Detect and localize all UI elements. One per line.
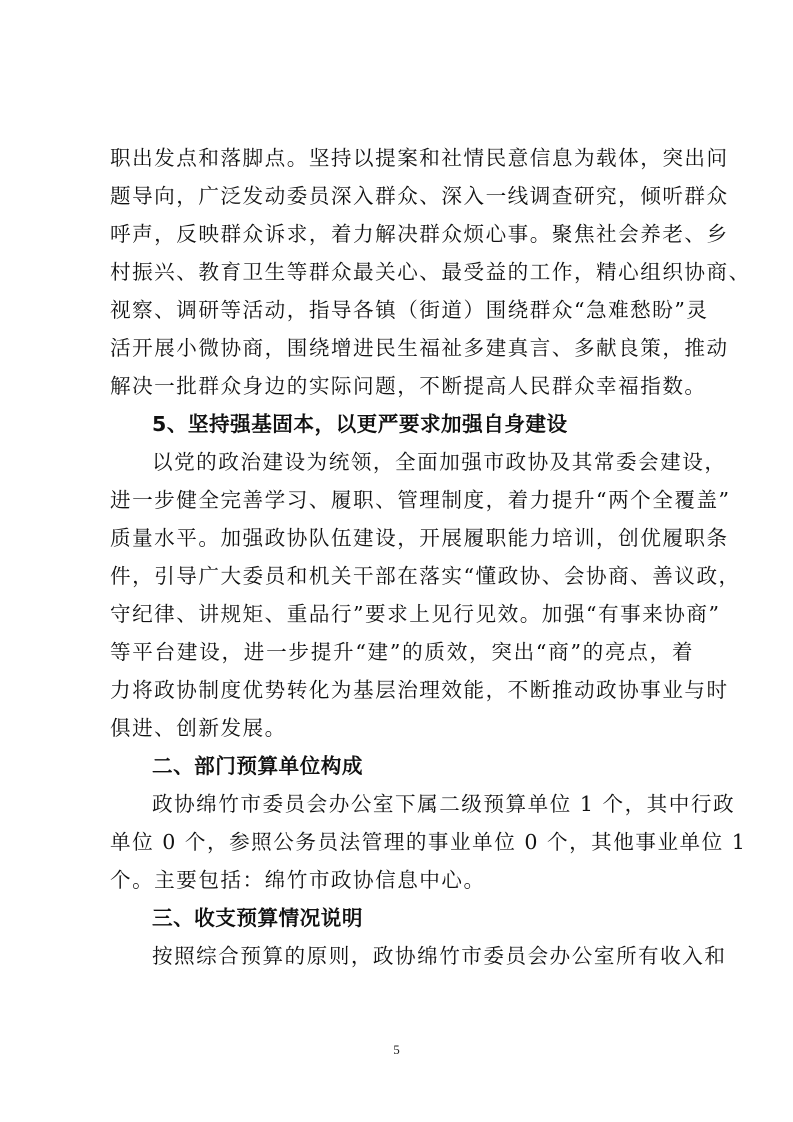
text-line: 政协绵竹市委员会办公室下属二级预算单位 1 个，其中行政 [110, 785, 694, 823]
section-heading-budget-explanation: 三、收支预算情况说明 [110, 899, 694, 937]
page-number: 5 [0, 1042, 793, 1058]
paragraph-budget-explanation: 按照综合预算的原则，政协绵竹市委员会办公室所有收入和 [110, 937, 694, 975]
text-line: 按照综合预算的原则，政协绵竹市委员会办公室所有收入和 [110, 937, 694, 975]
page-content: 职出发点和落脚点。坚持以提案和社情民意信息为载体，突出问 题导向，广泛发动委员深… [110, 139, 694, 975]
text-line: 以党的政治建设为统领，全面加强市政协及其常委会建设， [110, 443, 694, 481]
text-line: 守纪律、讲规矩、重品行”要求上见行见效。加强“有事来协商” [110, 595, 694, 633]
text-line: 职出发点和落脚点。坚持以提案和社情民意信息为载体，突出问 [110, 139, 694, 177]
text-line: 俱进、创新发展。 [110, 709, 694, 747]
text-line: 件，引导广大委员和机关干部在落实“懂政协、会协商、善议政， [110, 557, 694, 595]
section-heading-5: 5、坚持强基固本，以更严要求加强自身建设 [110, 405, 694, 443]
text-line: 视察、调研等活动，指导各镇（街道）围绕群众“急难愁盼”灵 [110, 291, 694, 329]
text-line: 质量水平。加强政协队伍建设，开展履职能力培训，创优履职条 [110, 519, 694, 557]
text-line: 等平台建设，进一步提升“建”的质效，突出“商”的亮点，着 [110, 633, 694, 671]
paragraph-self-building: 以党的政治建设为统领，全面加强市政协及其常委会建设， 进一步健全完善学习、履职、… [110, 443, 694, 747]
paragraph-livelihood: 职出发点和落脚点。坚持以提案和社情民意信息为载体，突出问 题导向，广泛发动委员深… [110, 139, 694, 405]
text-line: 呼声，反映群众诉求，着力解决群众烦心事。聚焦社会养老、乡 [110, 215, 694, 253]
text-line: 解决一批群众身边的实际问题，不断提高人民群众幸福指数。 [110, 367, 694, 405]
text-line: 村振兴、教育卫生等群众最关心、最受益的工作，精心组织协商、 [110, 253, 694, 291]
text-line: 个。主要包括：绵竹市政协信息中心。 [110, 861, 694, 899]
paragraph-budget-units: 政协绵竹市委员会办公室下属二级预算单位 1 个，其中行政 单位 0 个，参照公务… [110, 785, 694, 899]
text-line: 力将政协制度优势转化为基层治理效能，不断推动政协事业与时 [110, 671, 694, 709]
text-line: 题导向，广泛发动委员深入群众、深入一线调查研究，倾听群众 [110, 177, 694, 215]
document-page: 职出发点和落脚点。坚持以提案和社情民意信息为载体，突出问 题导向，广泛发动委员深… [0, 0, 793, 1122]
text-line: 单位 0 个，参照公务员法管理的事业单位 0 个，其他事业单位 1 [110, 823, 694, 861]
section-heading-budget-units: 二、部门预算单位构成 [110, 747, 694, 785]
text-line: 进一步健全完善学习、履职、管理制度，着力提升“两个全覆盖” [110, 481, 694, 519]
text-line: 活开展小微协商，围绕增进民生福祉多建真言、多献良策，推动 [110, 329, 694, 367]
